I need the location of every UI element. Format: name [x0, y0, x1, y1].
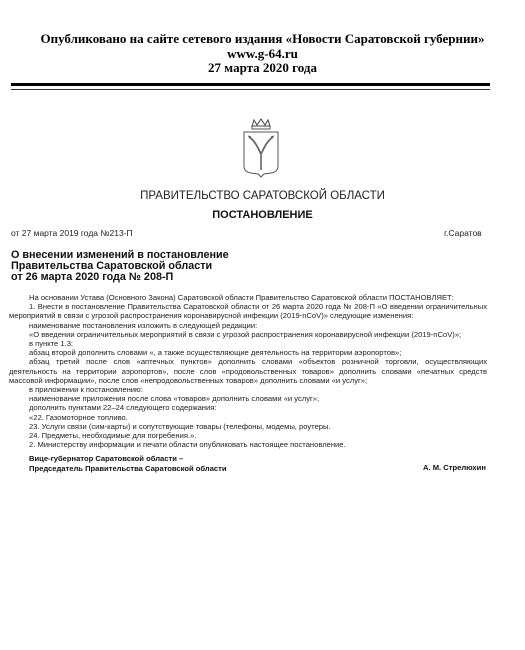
body-paragraph: в приложении к постановлению:	[9, 385, 487, 394]
body-paragraph: «О введении ограничительных мероприятий …	[9, 330, 487, 339]
body-paragraph: «22. Газомоторное топливо.	[9, 413, 487, 422]
body-paragraph: дополнить пунктами 22–24 следующего соде…	[9, 403, 487, 412]
government-name: ПРАВИТЕЛЬСТВО САРАТОВСКОЙ ОБЛАСТИ	[0, 190, 525, 202]
body-paragraph: наименование постановления изложить в сл…	[9, 321, 487, 330]
body-paragraph: наименование приложения после слова «тов…	[9, 394, 487, 403]
signature-position-line: Председатель Правительства Саратовской о…	[29, 464, 227, 474]
body-paragraph: На основании Устава (Основного Закона) С…	[9, 293, 487, 302]
publication-date: 27 марта 2020 года	[0, 61, 525, 76]
body-paragraph: 23. Услуги связи (сим-карты) и сопутству…	[9, 422, 487, 431]
publication-source: Опубликовано на сайте сетевого издания «…	[0, 32, 525, 47]
body-paragraph: 24. Предметы, необходимые для погребения…	[9, 431, 487, 440]
body-paragraph: 1. Внести в постановление Правительства …	[9, 302, 487, 320]
document-date-number: от 27 марта 2019 года №213-П	[11, 228, 133, 238]
header-rule-thick	[11, 83, 490, 86]
signatory-name: А. М. Стрелюхин	[423, 463, 486, 472]
body-paragraph: 2. Министерству информации и печати обла…	[9, 440, 487, 449]
document-type: ПОСТАНОВЛЕНИЕ	[0, 209, 525, 221]
document-city: г.Саратов	[444, 228, 482, 238]
document-title: О внесении изменений в постановление Пра…	[11, 250, 229, 284]
body-paragraph: абзац второй дополнить словами «, а такж…	[9, 348, 487, 357]
title-line: от 26 марта 2020 года № 208-П	[11, 272, 229, 283]
signature-position: Вице-губернатор Саратовской области – Пр…	[29, 454, 227, 473]
body-paragraph: в пункте 1.3:	[9, 339, 487, 348]
publication-notice: Опубликовано на сайте сетевого издания «…	[0, 32, 525, 76]
signature-position-line: Вице-губернатор Саратовской области –	[29, 454, 227, 464]
body-paragraph: абзац третий после слов «аптечных пункто…	[9, 357, 487, 385]
document-body: На основании Устава (Основного Закона) С…	[9, 293, 487, 449]
saratov-coat-of-arms-icon	[240, 118, 282, 178]
header-rule-thin	[11, 89, 490, 90]
publication-site: www.g-64.ru	[0, 47, 525, 62]
